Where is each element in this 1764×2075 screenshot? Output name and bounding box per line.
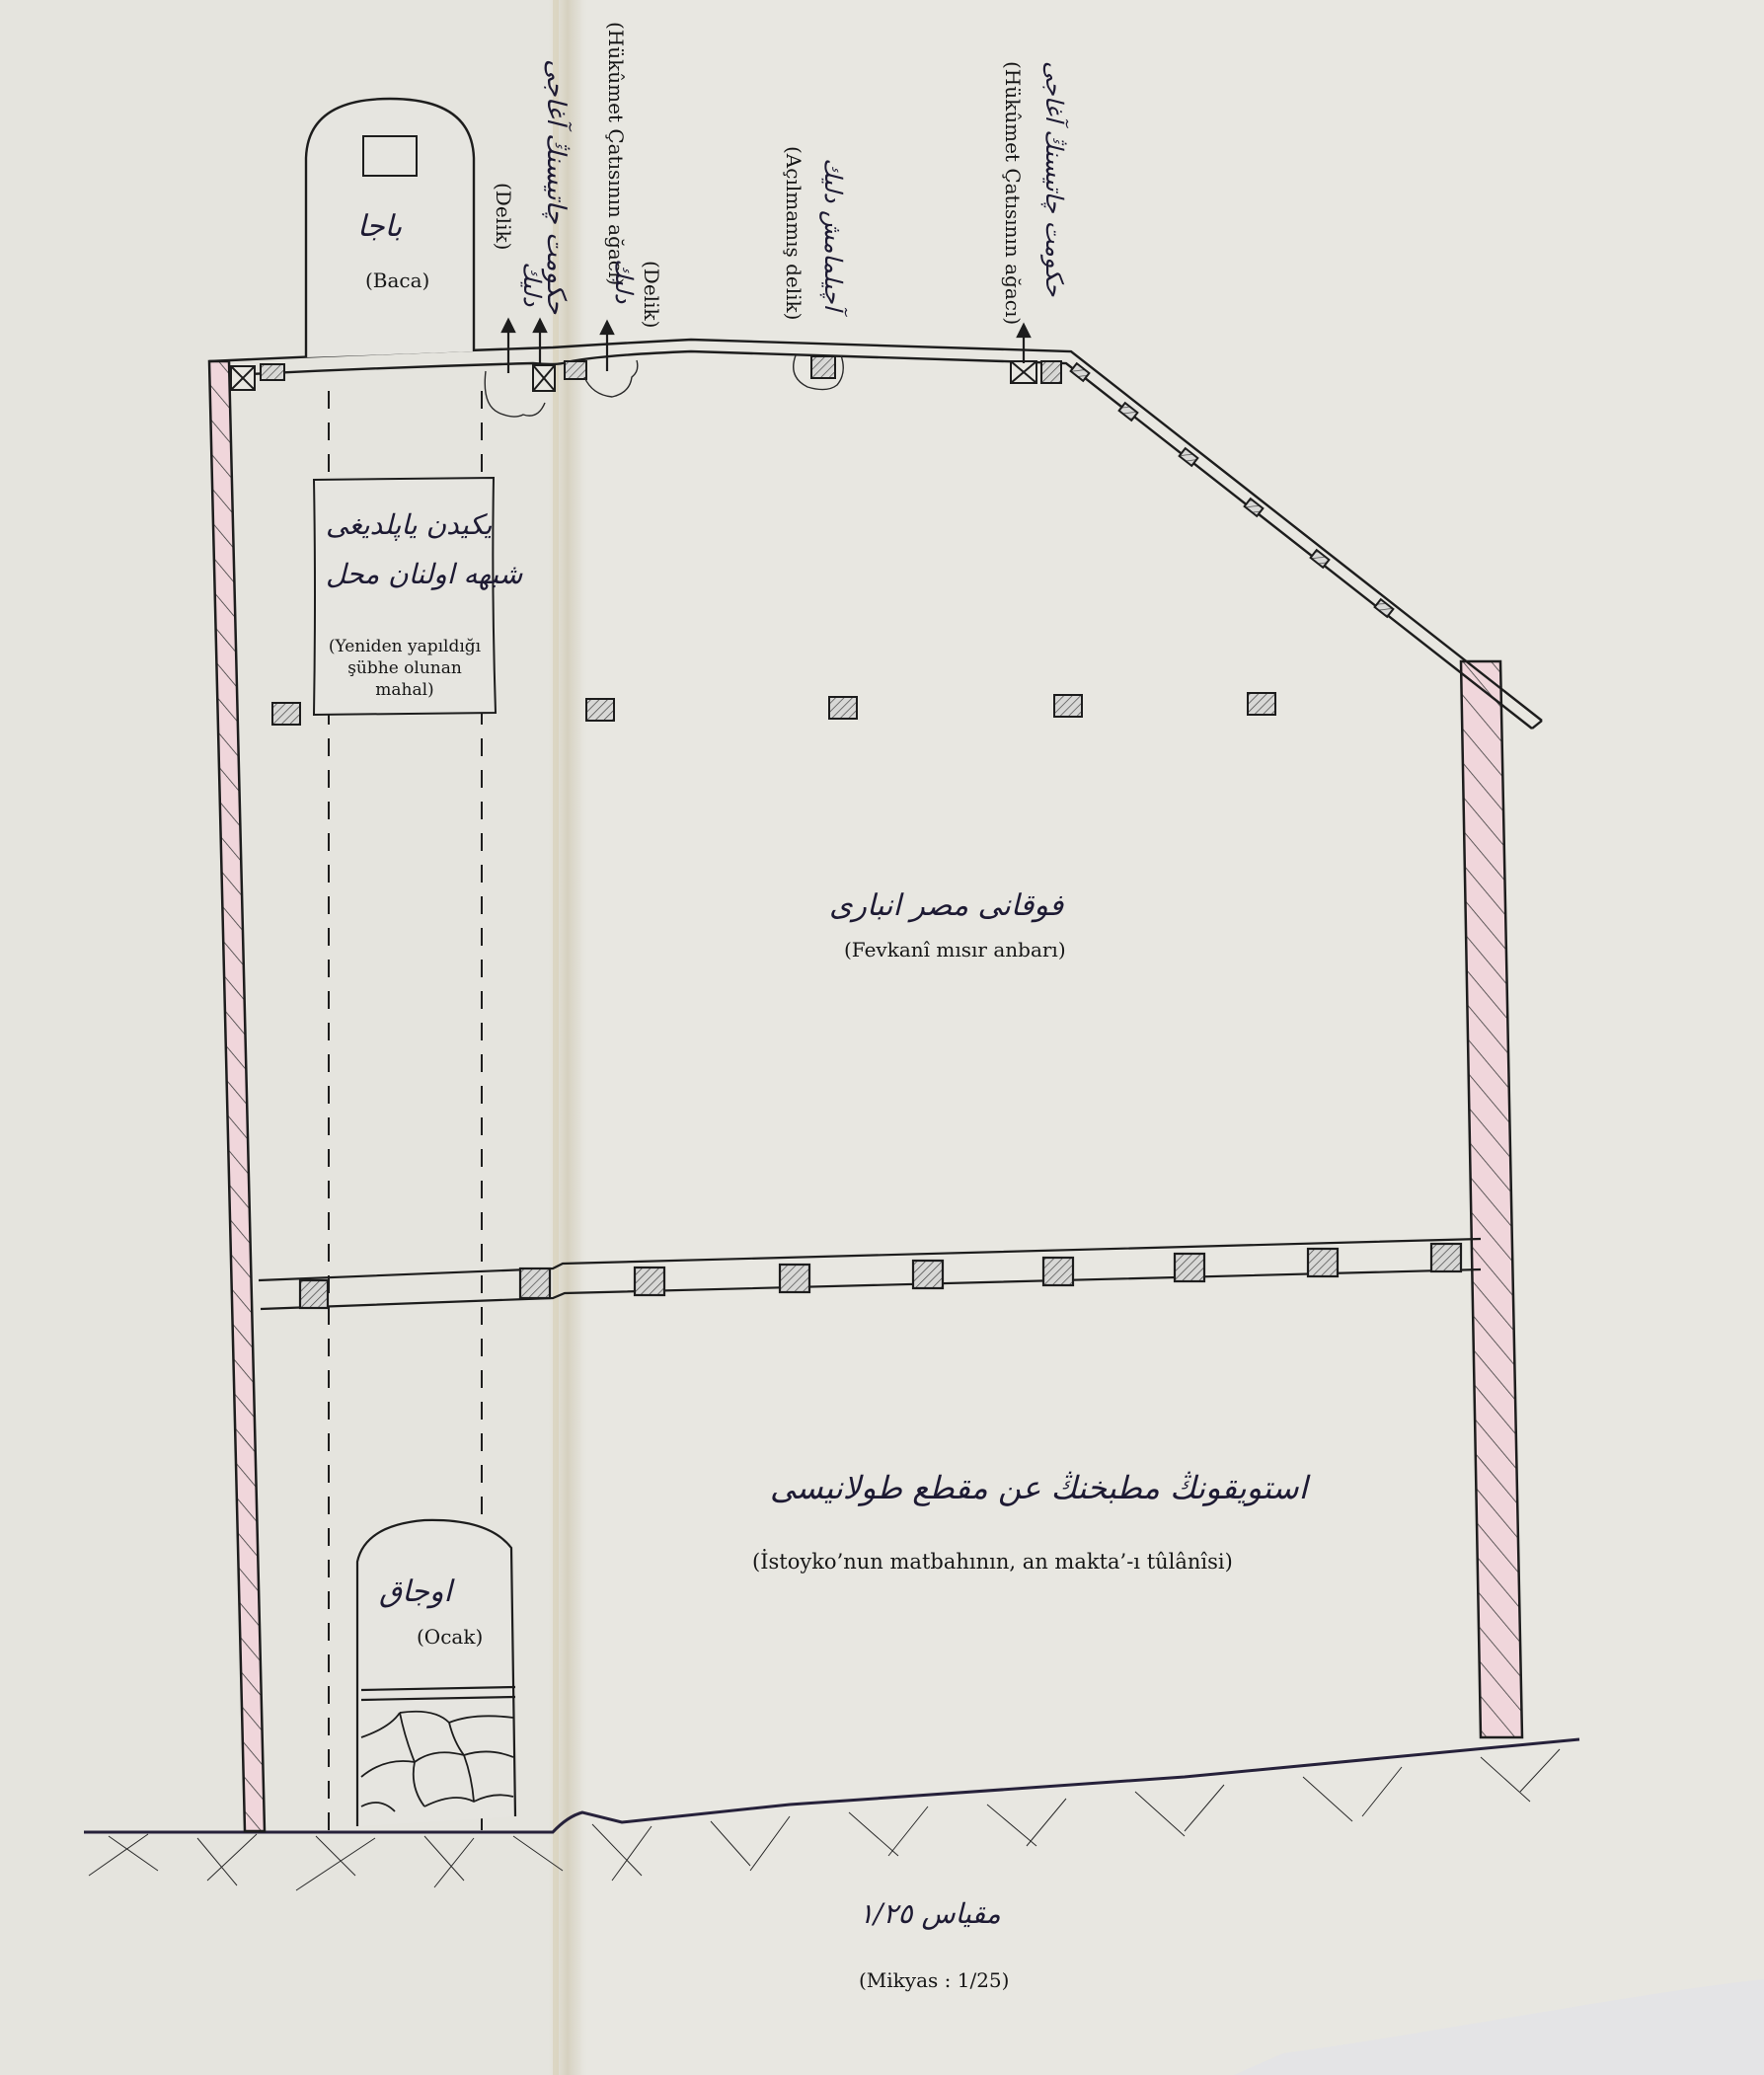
hole-right-label-original: دلیك xyxy=(610,259,638,303)
rebuilt-zone-label-2: şübhe olunan xyxy=(318,658,492,678)
scale-original: مقیاس ١/٢٥ xyxy=(859,1897,1001,1930)
unopened-hole-label: (Açılmamış delik) xyxy=(782,146,805,320)
scale-label: (Mikyas : 1/25) xyxy=(859,1968,1009,1992)
upper-corn-store-label: (Fevkanî mısır anbarı) xyxy=(844,938,1066,961)
upper-corn-store-original: فوقانی مصر انباری xyxy=(829,888,1063,923)
rebuilt-zone-label-1: (Yeniden yapıldığı xyxy=(318,637,492,656)
kitchen-section-drawing xyxy=(0,0,1764,2075)
hole-right-label: (Delik) xyxy=(640,261,663,328)
rebuilt-zone-original-2: شبهه اولنان محل xyxy=(326,558,522,590)
rebuilt-zone-label-3: mahal) xyxy=(318,680,492,700)
unopened-hole-label-original: آچیلمامش دلیك xyxy=(819,158,847,310)
rebuilt-zone-original-1: یکیدن یاپلدیغی xyxy=(326,508,493,541)
title-original: استویقونڭ مطبخنڭ عن مقطع طولانیسی xyxy=(770,1469,1308,1506)
gov-roof-beam-1-original: حکومت چاتیسنڭ آغاجی xyxy=(541,59,571,314)
chimney-label-original: باجا xyxy=(357,209,402,244)
hearth xyxy=(357,1520,515,1826)
title-translation: (İstoyko’nun matbahının, an makta’-ı tûl… xyxy=(752,1550,1233,1575)
hearth-label-original: اوجاق xyxy=(379,1575,452,1609)
gov-roof-beam-1-label: (Hükûmet Çatısının ağacı) xyxy=(604,22,628,285)
hearth-label: (Ocak) xyxy=(417,1625,483,1649)
gov-roof-beam-2-original: حکومت چاتیسنڭ آغاجی xyxy=(1040,61,1068,297)
hole-left-label: (Delik) xyxy=(492,183,515,250)
chimney-label: (Baca) xyxy=(365,269,429,292)
gov-roof-beam-2-label: (Hükûmet Çatısının ağacı) xyxy=(1001,61,1025,325)
